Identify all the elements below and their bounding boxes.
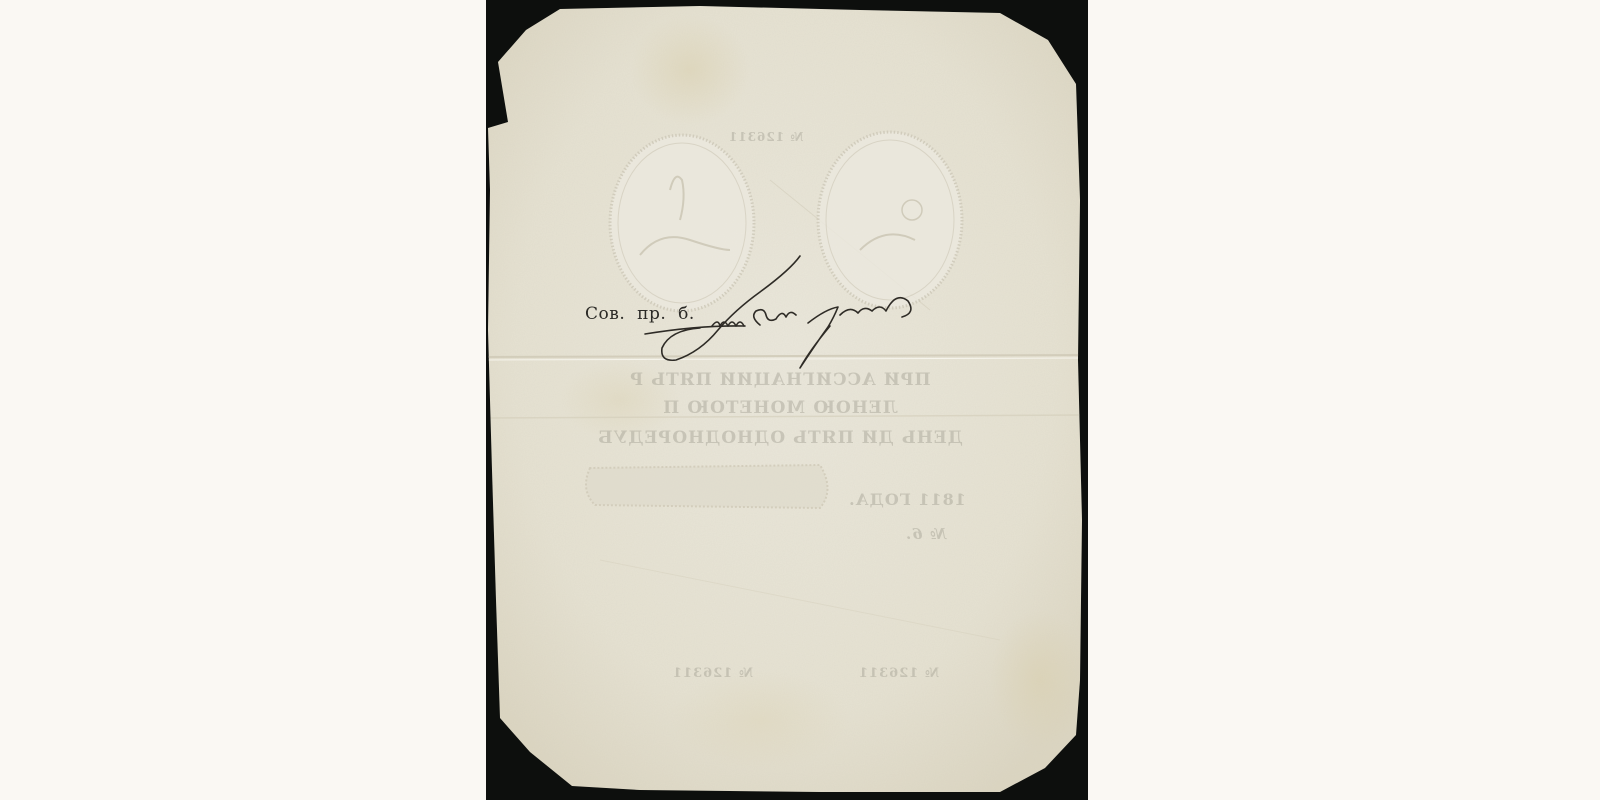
show-through-number: № 6. [905,525,946,543]
show-through-line-1: ПРИ АССИГНАЦИИ ПЯТЬ Р [575,370,985,390]
show-through-top-mark: № 126311 [728,130,803,144]
show-through-serial-left: № 126311 [672,666,753,681]
banknote: Сов. пр. б. № 126311 ПРИ АССИГНАЦИИ ПЯТЬ… [0,0,1600,800]
right-medallion [818,132,962,308]
show-through-serial-right: № 126311 [858,666,939,681]
show-through-line-3: ДЕНЬ ДИ ПЯТЬ ОДНОДНОРЕДУБ [575,428,985,448]
printed-label: Сов. пр. б. [585,304,695,324]
show-through-line-2: ЛЕНОЮ МОНЕТОЮ П [575,398,985,418]
left-medallion [610,135,754,311]
show-through-year: 1811 ГОДА. [848,490,966,509]
